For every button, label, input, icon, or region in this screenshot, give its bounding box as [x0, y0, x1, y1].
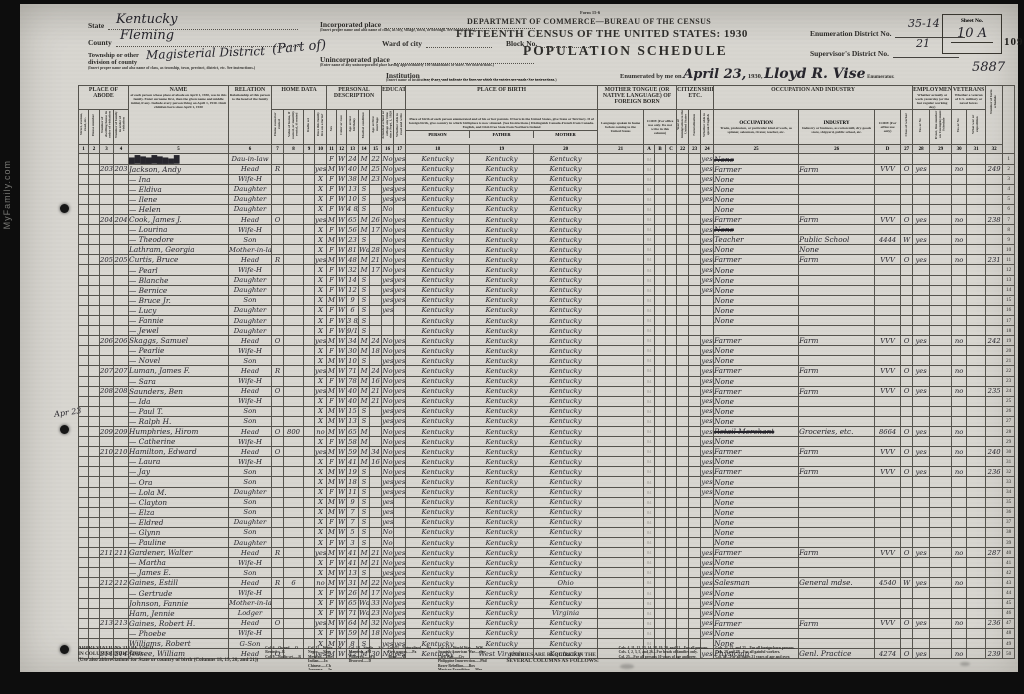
cell [967, 215, 986, 225]
cell [875, 194, 901, 204]
cell [89, 477, 100, 487]
cell [913, 346, 930, 356]
group-header: HOME DATA [272, 86, 327, 110]
cell: S [359, 194, 370, 204]
cell [284, 204, 304, 214]
cell: No [382, 618, 394, 628]
cell [272, 315, 284, 325]
cell [598, 437, 644, 447]
cell [284, 538, 304, 548]
cell [689, 406, 701, 416]
table-row: — EldredDaughterXFW7SyesKentuckyKentucky… [79, 517, 1015, 527]
cell [284, 608, 304, 618]
column-header: Value of home, if owned, or monthly rent… [284, 110, 304, 145]
cell: W [337, 265, 347, 275]
cell [655, 396, 666, 406]
cell: W [337, 497, 347, 507]
cell: O [272, 447, 284, 457]
cell: ▆█▇▆█▇▆▅█ [129, 154, 229, 164]
code-stamp: 84 [644, 245, 655, 255]
cell [986, 437, 1003, 447]
cell: Kentucky [406, 406, 470, 416]
cell [689, 154, 701, 164]
column-header: Class of worker [901, 110, 913, 145]
cell [304, 275, 315, 285]
cell: 205 [114, 255, 129, 265]
cell: Son [229, 235, 272, 245]
cell [799, 265, 875, 275]
cell: 22 [370, 578, 382, 588]
institution-hint: (Insert name of institution, if any, and… [386, 78, 606, 82]
cell [986, 204, 1003, 214]
cell: 21 [370, 396, 382, 406]
cell: None [714, 225, 799, 235]
cell: yes [394, 416, 406, 426]
line-number: 16 [1003, 305, 1015, 315]
footer-block: Cols. 21, 22, and 23—For all foreign-bor… [715, 646, 794, 670]
cell [967, 598, 986, 608]
cell [689, 275, 701, 285]
group-header: EMPLOYMENTWhether actually at work yeste… [913, 86, 952, 110]
cell: yes [701, 265, 714, 275]
cell: W [337, 356, 347, 366]
cell: Kentucky [406, 548, 470, 558]
cell: None [714, 406, 799, 416]
cell: O [272, 426, 284, 436]
cell: no [952, 336, 967, 346]
cell [79, 457, 89, 467]
cell: Kentucky [406, 346, 470, 356]
cell [913, 305, 930, 315]
line-number: 28 [1003, 426, 1015, 436]
cell: Kentucky [470, 497, 534, 507]
cell: Kentucky [406, 386, 470, 396]
cell: yes [315, 618, 327, 628]
cell [284, 628, 304, 638]
cell [79, 356, 89, 366]
cell [901, 346, 913, 356]
cell [382, 315, 394, 325]
column-header: CODE (For office use only. Do not write … [644, 110, 677, 145]
cell [901, 457, 913, 467]
cell [655, 295, 666, 305]
cell [304, 568, 315, 578]
cell [666, 608, 677, 618]
cell [666, 467, 677, 477]
column-number: D [875, 145, 901, 154]
cell [284, 255, 304, 265]
cell: No [382, 174, 394, 184]
cell: Gaines, Estill [129, 578, 229, 588]
cell: yes [701, 245, 714, 255]
census-sheet: State Kentucky County Fleming Township o… [20, 4, 1018, 672]
cell: no [952, 548, 967, 558]
cell [666, 184, 677, 194]
cell: None [714, 275, 799, 285]
cell: Farmer [714, 164, 799, 174]
footer-block: Col. 23—Naturalized......Na First papers… [388, 646, 431, 670]
cell: W [337, 538, 347, 548]
cell [689, 164, 701, 174]
line-number: 36 [1003, 507, 1015, 517]
cell: 71 [347, 608, 359, 618]
cell [304, 558, 315, 568]
cell [370, 477, 382, 487]
cell [114, 507, 129, 517]
cell: S [359, 204, 370, 214]
cell: M [359, 396, 370, 406]
cell [967, 437, 986, 447]
cell: yes [394, 376, 406, 386]
cell: yes [701, 548, 714, 558]
cell: None [714, 437, 799, 447]
cell [901, 184, 913, 194]
cell [913, 598, 930, 608]
cell [677, 548, 689, 558]
cell [901, 487, 913, 497]
cell: X [315, 376, 327, 386]
cell [875, 326, 901, 336]
group-header: PLACE OF BIRTH [406, 86, 598, 110]
cell [284, 386, 304, 396]
cell: Kentucky [406, 628, 470, 638]
cell: yes [701, 598, 714, 608]
ed-value: 35-14 [908, 17, 940, 30]
cell: R [272, 164, 284, 174]
cell [284, 315, 304, 325]
cell: 12 [347, 285, 359, 295]
cell: W [337, 618, 347, 628]
cell [100, 517, 114, 527]
cell: — Pearl [129, 265, 229, 275]
column-number: 23 [689, 145, 701, 154]
cell: no [952, 215, 967, 225]
cell: 6 [284, 578, 304, 588]
cell: R [272, 255, 284, 265]
cell [114, 356, 129, 366]
cell [677, 628, 689, 638]
cell: Wd [359, 245, 370, 255]
column-header: Age at last birthday [347, 110, 359, 145]
cell [100, 487, 114, 497]
cell: Farm [799, 366, 875, 376]
cell [913, 174, 930, 184]
cell [100, 225, 114, 235]
cell: yes [701, 487, 714, 497]
cell [875, 558, 901, 568]
cell: yes [394, 356, 406, 366]
table-row: — PaulineDaughterXFW3SNoKentuckyKentucky… [79, 538, 1015, 548]
column-number: 27 [901, 145, 913, 154]
cell: Daughter [229, 326, 272, 336]
cell: 287 [986, 548, 1003, 558]
cell [284, 517, 304, 527]
cell: Kentucky [406, 305, 470, 315]
cell: M [327, 467, 337, 477]
code-stamp: 84 [644, 588, 655, 598]
cell [799, 346, 875, 356]
cell: yes [913, 164, 930, 174]
cell: Son [229, 416, 272, 426]
cell: Kentucky [470, 194, 534, 204]
cell [666, 285, 677, 295]
cell: O [901, 255, 913, 265]
cell [930, 608, 952, 618]
cell: Wd [359, 598, 370, 608]
cell: W [337, 336, 347, 346]
cell: X [315, 326, 327, 336]
cell [901, 174, 913, 184]
cell: Kentucky [470, 578, 534, 588]
cell: W [337, 396, 347, 406]
cell: S [359, 305, 370, 315]
code-stamp: 84 [644, 154, 655, 164]
line-number: 2 [1003, 164, 1015, 174]
cell: Kentucky [534, 487, 598, 497]
cell [930, 285, 952, 295]
cell [689, 376, 701, 386]
cell [655, 517, 666, 527]
cell [701, 507, 714, 517]
cell [967, 396, 986, 406]
cell [967, 386, 986, 396]
cell: Kentucky [534, 366, 598, 376]
cell: yes [394, 346, 406, 356]
cell: 65 [347, 426, 359, 436]
cell [901, 245, 913, 255]
cell: Kentucky [534, 538, 598, 548]
cell [930, 225, 952, 235]
cell: Kentucky [534, 437, 598, 447]
cell [79, 467, 89, 477]
cell: W [337, 235, 347, 245]
cell [952, 608, 967, 618]
cell [114, 184, 129, 194]
cell: S [359, 275, 370, 285]
cell: yes [701, 235, 714, 245]
cell: no [952, 386, 967, 396]
cell: Kentucky [470, 315, 534, 325]
cell [901, 225, 913, 235]
code-stamp: 84 [644, 315, 655, 325]
cell [304, 386, 315, 396]
cell [100, 245, 114, 255]
cell [952, 487, 967, 497]
code-stamp: 84 [644, 235, 655, 245]
cell: M [359, 457, 370, 467]
cell [272, 628, 284, 638]
cell: Jackson, Andy [129, 164, 229, 174]
punch-hole [60, 645, 69, 654]
cell: — Theodore [129, 235, 229, 245]
code-stamp: 84 [644, 457, 655, 467]
cell [598, 457, 644, 467]
cell: Kentucky [534, 295, 598, 305]
cell [114, 477, 129, 487]
cell [875, 305, 901, 315]
cell [655, 215, 666, 225]
cell [598, 275, 644, 285]
cell: X [315, 396, 327, 406]
cell [304, 618, 315, 628]
cell [930, 386, 952, 396]
cell: None [714, 608, 799, 618]
cell: yes [382, 416, 394, 426]
cell [370, 194, 382, 204]
cell: yes [701, 215, 714, 225]
cell: No [382, 527, 394, 537]
cell: — Bernice [129, 285, 229, 295]
cell [655, 275, 666, 285]
cell [677, 174, 689, 184]
cell: yes [315, 447, 327, 457]
cell [666, 255, 677, 265]
cell [986, 225, 1003, 235]
cell: Kentucky [406, 487, 470, 497]
cell: Kentucky [470, 467, 534, 477]
cell [598, 154, 644, 164]
cell: Kentucky [470, 406, 534, 416]
cell: 203 [100, 164, 114, 174]
cell: yes [382, 184, 394, 194]
cell: F [327, 628, 337, 638]
line-number: 35 [1003, 497, 1015, 507]
cell [986, 406, 1003, 416]
cell: Kentucky [470, 295, 534, 305]
cell: Son [229, 295, 272, 305]
cell: yes [701, 588, 714, 598]
cell [875, 376, 901, 386]
cell [930, 437, 952, 447]
cell: Head [229, 548, 272, 558]
cell [677, 336, 689, 346]
cell [304, 204, 315, 214]
cell [89, 416, 100, 426]
cell [689, 245, 701, 255]
cell [677, 517, 689, 527]
table-row: 204204Cook, James J.HeadOyesMW65M26Noyes… [79, 215, 1015, 225]
cell [304, 235, 315, 245]
cell [930, 245, 952, 255]
cell [689, 235, 701, 245]
cell: None [714, 285, 799, 295]
column-header: Attended school or college any time sinc… [382, 110, 394, 145]
cell [930, 538, 952, 548]
cell [304, 215, 315, 225]
cell: Farmer [714, 618, 799, 628]
cell: Kentucky [406, 285, 470, 295]
column-header: Naturalization [689, 110, 701, 145]
cell [304, 406, 315, 416]
cell: 58 [347, 437, 359, 447]
cell: S [359, 406, 370, 416]
cell [598, 538, 644, 548]
cell: No [382, 265, 394, 275]
cell [701, 527, 714, 537]
cell [901, 275, 913, 285]
code-stamp: 84 [644, 618, 655, 628]
cell [79, 336, 89, 346]
cell: Wife-H [229, 396, 272, 406]
cell [666, 174, 677, 184]
cell: Daughter [229, 517, 272, 527]
column-number: 14 [359, 145, 370, 154]
cell: 21 [370, 558, 382, 568]
cell [677, 275, 689, 285]
cell: Son [229, 477, 272, 487]
cell [284, 225, 304, 235]
cell: Public School [799, 235, 875, 245]
cell [901, 568, 913, 578]
cell [370, 295, 382, 305]
cell [913, 285, 930, 295]
cell [272, 467, 284, 477]
cell [394, 497, 406, 507]
cell: M [327, 426, 337, 436]
table-row: — FannieDaughterXFW3 8/12SKentuckyKentuc… [79, 315, 1015, 325]
line-number: 30 [1003, 447, 1015, 457]
cell: O [901, 447, 913, 457]
code-stamp: 84 [644, 628, 655, 638]
cell [114, 204, 129, 214]
column-number: 15 [370, 145, 382, 154]
footer-block: ENTRIES ARE REQUIRED IN THE SEVERAL COLU… [494, 652, 612, 670]
cell [952, 295, 967, 305]
cell: 26 [347, 588, 359, 598]
cell: Farm [799, 215, 875, 225]
code-stamp: 84 [644, 406, 655, 416]
cell: 19 [347, 467, 359, 477]
cell [114, 194, 129, 204]
column-number: A [644, 145, 655, 154]
cell [272, 396, 284, 406]
cell [304, 588, 315, 598]
cell: Kentucky [534, 467, 598, 477]
cell [100, 406, 114, 416]
cell: Kentucky [534, 426, 598, 436]
cell [901, 356, 913, 366]
cell [901, 477, 913, 487]
cell [986, 568, 1003, 578]
cell: 22 [370, 154, 382, 164]
cell [89, 164, 100, 174]
cell: 16 [370, 376, 382, 386]
code-stamp: 84 [644, 194, 655, 204]
cell [114, 154, 129, 164]
cell [689, 295, 701, 305]
cell: yes [394, 406, 406, 416]
column-number: 31 [967, 145, 986, 154]
cell [913, 608, 930, 618]
cell [89, 356, 100, 366]
cell: No [382, 447, 394, 457]
cell [272, 326, 284, 336]
cell: yes [394, 628, 406, 638]
cell: — Jay [129, 467, 229, 477]
cell [689, 618, 701, 628]
cell [598, 386, 644, 396]
cell: Kentucky [406, 558, 470, 568]
cell: M [327, 215, 337, 225]
cell [100, 275, 114, 285]
cell [689, 366, 701, 376]
cell [100, 568, 114, 578]
cell: — James E. [129, 568, 229, 578]
cell [79, 235, 89, 245]
cell [89, 295, 100, 305]
line-number: 4 [1003, 184, 1015, 194]
cell: Kentucky [470, 477, 534, 487]
